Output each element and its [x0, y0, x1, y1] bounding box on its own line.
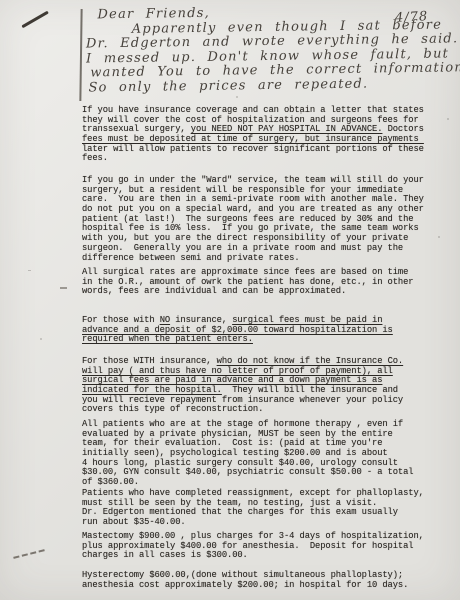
- typed-line: anesthesia cost approximately $200.00; i…: [82, 581, 408, 591]
- typed-line: words, fees are individual and can be ap…: [82, 287, 413, 297]
- typed-line: fees.: [82, 154, 424, 164]
- scan-speck: [300, 112, 302, 114]
- pen-margin-line: [79, 9, 82, 101]
- handwritten-note: Dear Friends, Apparently even though I s…: [85, 3, 446, 95]
- typed-paragraph: All patients who are at the stage of hor…: [82, 420, 413, 488]
- handwritten-line: So only the prices are repeated.: [86, 76, 446, 96]
- typed-paragraph: For those with NO insurance, surgical fe…: [82, 316, 393, 345]
- typed-paragraph: Hysterectomy $600.00,(done without simul…: [82, 571, 408, 590]
- pen-dash-mark: [60, 287, 67, 289]
- typed-paragraph: Mastectomy $900.00 , plus charges for 3-…: [82, 532, 424, 561]
- pen-slash-mark: [21, 11, 48, 28]
- typed-line: required when the patient enters.: [82, 335, 393, 345]
- scan-speck: [28, 270, 31, 271]
- date-annotation: 4/78: [394, 9, 428, 26]
- scanned-letter-page: Dear Friends, Apparently even though I s…: [0, 0, 460, 600]
- scan-speck: [447, 118, 449, 120]
- typed-line: covers this type of reconstruction.: [82, 405, 403, 415]
- typed-line: difference between semi and private rate…: [82, 254, 424, 264]
- typed-paragraph: For those WITH insurance, who do not kno…: [82, 357, 403, 415]
- scan-speck: [438, 236, 440, 238]
- typed-paragraph: If you go in under the "Ward" service, t…: [82, 176, 424, 263]
- typed-line: run about $35-40.00.: [82, 518, 424, 528]
- typed-line: later will allow patients to recover sig…: [82, 145, 424, 155]
- typed-line: of $360.00.: [82, 478, 413, 488]
- scan-speck: [236, 96, 238, 98]
- pen-scribble-mark: [13, 549, 45, 559]
- typed-paragraph: If you have insurance coverage and can o…: [82, 106, 424, 164]
- typed-paragraph: All surgical rates are approximate since…: [82, 268, 413, 297]
- typed-line: charges in all cases is $300.00.: [82, 551, 424, 561]
- typed-paragraph: Patients who have completed reassignment…: [82, 489, 424, 528]
- scan-speck: [40, 338, 42, 340]
